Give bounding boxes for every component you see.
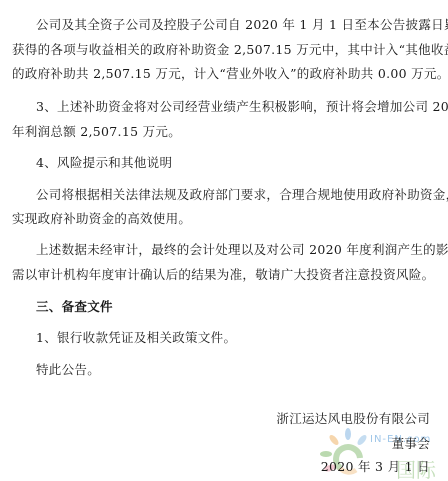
paragraph-2-line-2: 年利润总额 2,507.15 万元。 [12, 125, 181, 139]
signature-board: 董事会 [392, 437, 430, 451]
paragraph-1-line-2: 获得的各项与收益相关的政府补助资金 2,507.15 万元中，其中计入“其他收益… [12, 43, 448, 57]
file-item-1: 1、银行收款凭证及相关政策文件。 [36, 331, 236, 345]
signature-date: 2020 年 3 月 1 日 [321, 460, 430, 474]
paragraph-4-line-2: 需以审计机构年度审计确认后的结果为准，敬请广大投资者注意投资风险。 [12, 268, 434, 282]
signature-company: 浙江运达风电股份有限公司 [276, 412, 430, 426]
paragraph-2-line-1: 3、上述补助资金将对公司经营业绩产生积极影响，预计将会增加公司 2020 [36, 100, 448, 114]
paragraph-1-line-3: 的政府补助共 2,507.15 万元，计入“营业外收入”的政府补助共 0.00 … [12, 67, 448, 81]
paragraph-3-line-2: 实现政府补助资金的高效使用。 [12, 212, 191, 226]
section-4-heading: 4、风险提示和其他说明 [36, 156, 172, 170]
section-3-heading: 三、备查文件 [36, 300, 113, 314]
paragraph-3-line-1: 公司将根据相关法律法规及政府部门要求，合理合规地使用政府补助资金， [36, 188, 448, 202]
paragraph-1-line-1: 公司及其全资子公司及控股子公司自 2020 年 1 月 1 日至本公告披露日累计 [36, 18, 448, 32]
closing-text: 特此公告。 [36, 363, 100, 377]
paragraph-4-line-1: 上述数据未经审计，最终的会计处理以及对公司 2020 年度利润产生的影响 [36, 243, 448, 257]
